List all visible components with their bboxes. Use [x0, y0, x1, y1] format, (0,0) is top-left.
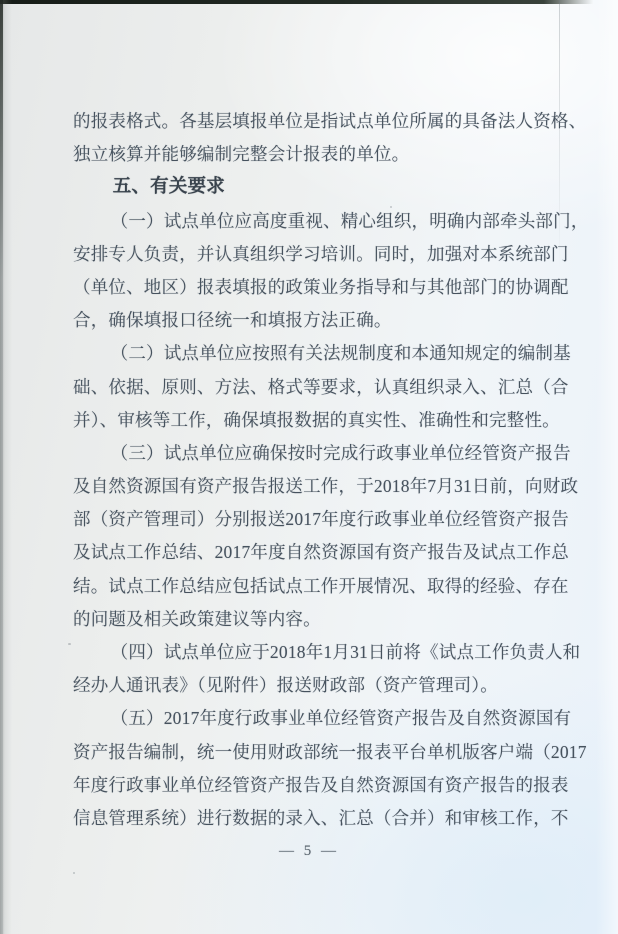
section-heading: 五、有关要求	[73, 171, 595, 204]
text-line: 独立核算并能够编制完整会计报表的单位。	[73, 138, 595, 171]
scan-edge-right-highlight	[596, 0, 618, 934]
scan-edge-top	[0, 0, 618, 4]
text-line: 部（资产管理司）分别报送2017年度行政事业单位经管资产报告	[73, 503, 595, 536]
scanned-page: 的报表格式。各基层填报单位是指试点单位所属的具备法人资格、 独立核算并能够编制完…	[0, 0, 618, 934]
text-line: 础、依据、原则、方法、格式等要求，认真组织录入、汇总（合	[73, 371, 595, 404]
text-line: （三）试点单位应确保按时完成行政事业单位经管资产报告	[73, 437, 595, 470]
text-line: 安排专人负责，并认真组织学习培训。同时，加强对本系统部门	[73, 238, 595, 271]
scan-speck	[73, 872, 75, 874]
text-line: （二）试点单位应按照有关法规制度和本通知规定的编制基	[73, 337, 595, 370]
text-line: （一）试点单位应高度重视、精心组织，明确内部牵头部门，	[73, 205, 595, 238]
text-line: 及自然资源国有资产报告报送工作，于2018年7月31日前，向财政	[73, 470, 595, 503]
text-line: 资产报告编制，统一使用财政部统一报表平台单机版客户端（2017	[73, 736, 595, 769]
text-line: （单位、地区）报表填报的政策业务指导和与其他部门的协调配	[73, 271, 595, 304]
text-line: 结。试点工作总结应包括试点工作开展情况、取得的经验、存在	[73, 570, 595, 603]
text-line: （四）试点单位应于2018年1月31日前将《试点工作负责人和	[73, 636, 595, 669]
text-line: 年度行政事业单位经管资产报告及自然资源国有资产报告的报表	[73, 769, 595, 802]
document-body: 的报表格式。各基层填报单位是指试点单位所属的具备法人资格、 独立核算并能够编制完…	[73, 105, 595, 835]
text-line: 经办人通讯表》（见附件）报送财政部（资产管理司）。	[73, 669, 595, 702]
page-number: — 5 —	[0, 843, 618, 860]
text-line: （五）2017年度行政事业单位经管资产报告及自然资源国有	[73, 702, 595, 735]
text-line: 及试点工作总结、2017年度自然资源国有资产报告及试点工作总	[73, 536, 595, 569]
scan-speck	[68, 643, 71, 645]
text-line: 的问题及相关政策建议等内容。	[73, 603, 595, 636]
scan-edge-left-line	[0, 0, 3, 934]
text-line: 合，确保填报口径统一和填报方法正确。	[73, 304, 595, 337]
text-line: 的报表格式。各基层填报单位是指试点单位所属的具备法人资格、	[73, 105, 595, 138]
text-line: 并）、审核等工作，确保填报数据的真实性、准确性和完整性。	[73, 404, 595, 437]
text-line: 信息管理系统）进行数据的录入、汇总（合并）和审核工作，不	[73, 802, 595, 835]
